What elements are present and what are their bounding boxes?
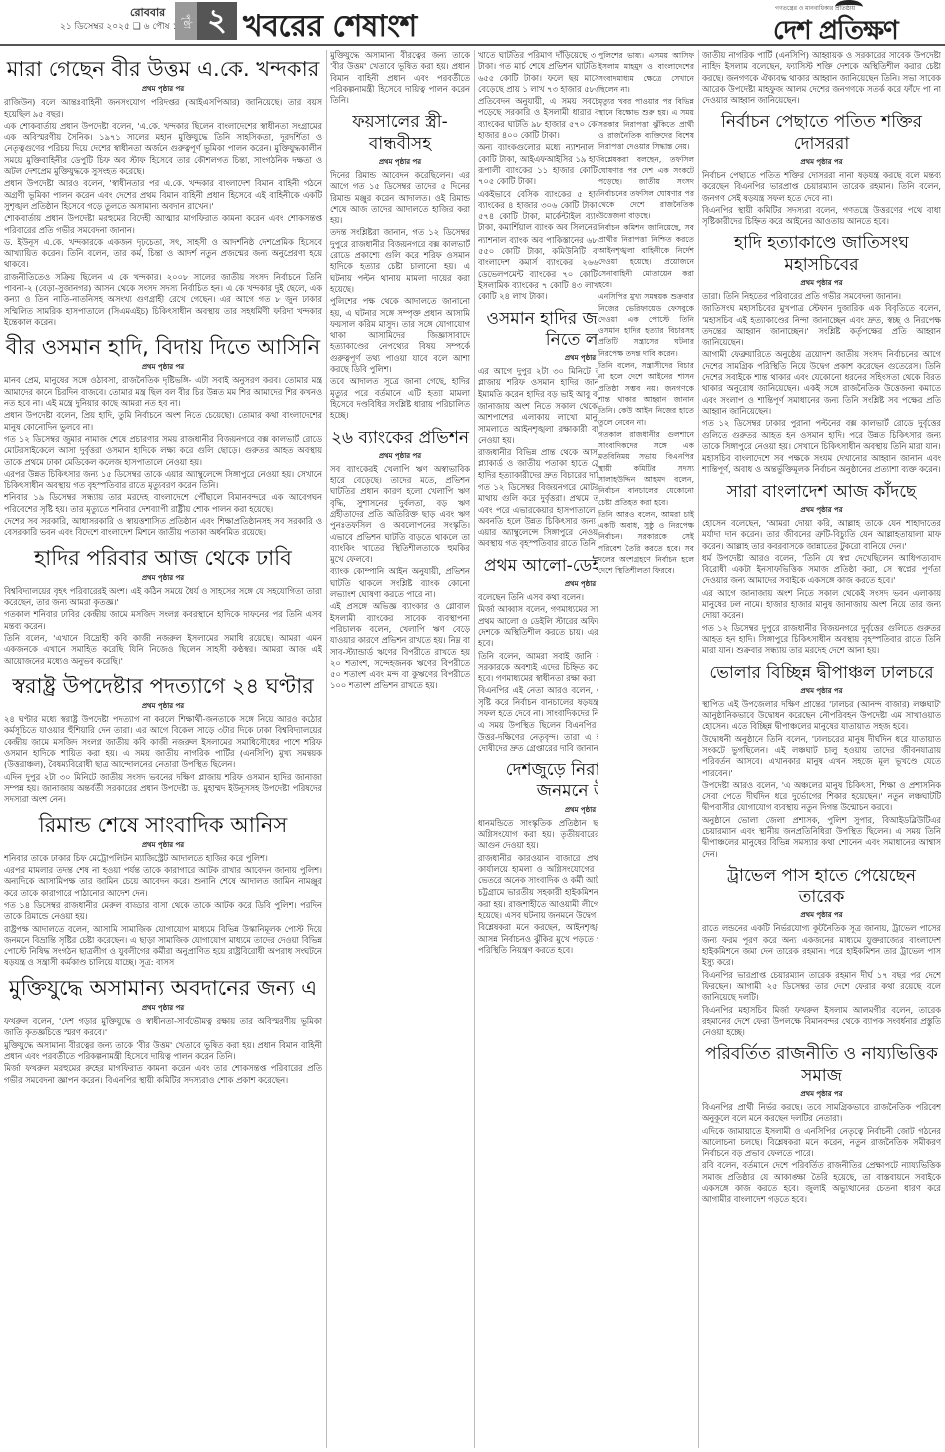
page-label: পৃষ্ঠা <box>175 2 197 40</box>
paragraph: শোকবার্তায় প্রধান উপদেষ্টা মরহুমের বিদে… <box>4 213 322 236</box>
paragraph: উদ্বোধনী অনুষ্ঠানে তিনি বলেন, 'ঢালচরের ম… <box>702 734 941 779</box>
masthead: রোববার ২১ ডিসেম্বর ২০২৫ ❑ ৬ পৌষ ১৪৩২ পৃষ… <box>0 0 945 45</box>
headline: ভোলার বিচ্ছিন্ন দ্বীপাঞ্চল ঢালচরে <box>702 663 941 684</box>
paragraph: দেশের সব সরকারি, আধাসরকারি ও স্বায়ত্তশা… <box>4 516 322 539</box>
jump-label: প্রথম পৃষ্ঠার পর <box>4 572 322 584</box>
paragraph: দিনের রিমান্ড আবেদন করেছিলেন। এর আগে গত … <box>330 170 470 226</box>
paragraph: তারা। তিনি নিহতের পরিবারের প্রতি গভীর সম… <box>702 291 941 302</box>
jump-label: প্রথম পৃষ্ঠার পর <box>330 156 470 168</box>
article-banks-provision: ২৬ ব্যাংকের প্রভিশন প্রথম পৃষ্ঠার পর সব … <box>330 428 470 692</box>
paragraph: মানব প্রেম, মানুষের সঙ্গে ওঠাবসা, রাজনৈত… <box>4 375 322 409</box>
headline: ২৬ ব্যাংকের প্রভিশন <box>330 428 470 449</box>
paragraph: এক শোকবার্তায় প্রধান উপদেষ্টা বলেন, 'এ.… <box>4 121 322 177</box>
paragraph: এরপর উন্নত চিকিৎসার জন্য ১৫ ডিসেম্বর তাক… <box>4 469 322 492</box>
paragraph: মহাসচিব বাংলাদেশে সব পক্ষকে সংযম দেখানোর… <box>702 453 941 476</box>
paragraph: ব্যাংক কোম্পানি আইন অনুযায়ী, প্রভিশন ঘা… <box>330 566 470 600</box>
jump-label: প্রথম পৃষ্ঠার পর <box>4 700 322 712</box>
paragraph: বিএনপির মহাসচিব মির্জা ফখরুল ইসলাম আলমগী… <box>702 1005 941 1039</box>
jump-label: প্রথম পৃষ্ঠার পর <box>702 277 941 289</box>
article-bhola-char: ভোলার বিচ্ছিন্ন দ্বীপাঞ্চল ঢালচরে প্রথম … <box>702 663 941 860</box>
paragraph: বিএনপির স্থায়ী কমিটির সদস্যরা বলেন, গণত… <box>702 205 941 228</box>
column-divider <box>474 50 475 1448</box>
paragraph: তিনি বলেন, 'এখানে বিদ্রোহী কবি কাজী নজরু… <box>4 633 322 667</box>
article-hadi-farewell: বীর ওসমান হাদি, বিদায় দিতে আসিনি প্রথম … <box>4 334 322 538</box>
jump-label: প্রথম পৃষ্ঠার পর <box>702 156 941 168</box>
article-journalist-anis: রিমান্ড শেষে সাংবাদিক আনিস প্রথম পৃষ্ঠার… <box>4 812 322 969</box>
paragraph: এর আগে জানাজায় অংশ নিতে সকাল থেকেই সংসদ… <box>702 588 941 622</box>
paragraph: রাষ্ট্রপক্ষ আদালতে বলেন, আসামি সামাজিক য… <box>4 924 322 969</box>
column-2: মুক্তিযুদ্ধে অসামান্য বীরত্বের জন্য তাকে… <box>330 50 470 1448</box>
headline: হাদি হত্যাকাণ্ডে জাতিসংঘ মহাসচিবের <box>702 233 941 276</box>
paragraph: শনিবার তাকে ঢাকার চিফ মেট্রোপলিটন ম্যাজি… <box>4 853 322 864</box>
jump-label: প্রথম পৃষ্ঠার পর <box>330 450 470 462</box>
column-4: পুলিশের ভাষ্য। এসময় আসিফ ইসলাম মাহমুদ ও… <box>598 50 694 1448</box>
paragraph: নির্বাচন পেছাতে পতিত শক্তির দোসররা নানা … <box>702 170 941 204</box>
column-1: মারা গেছেন বীর উত্তম এ.কে. খন্দকার প্রথম… <box>4 50 322 1448</box>
headline: হাদির পরিবার আজ থেকে ঢাবি <box>4 545 322 571</box>
article-un-chief: হাদি হত্যাকাণ্ডে জাতিসংঘ মহাসচিবের প্রথম… <box>702 233 941 475</box>
paragraph: বিশ্লেষকরা বলছেন, তফসিল ঘোষণার পর দেশ এক… <box>598 154 694 222</box>
paragraph: রবি বলেন, বর্তমানে দেশে পরিবর্তিত রাজনীত… <box>702 1160 941 1205</box>
paragraph: পুলিশের ভাষ্য। এসময় আসিফ ইসলাম মাহমুদ ও… <box>598 50 694 95</box>
column-5: জাতীয় নাগরিক পার্টি (এনসিপি) আহ্বায়ক ও… <box>702 50 941 1448</box>
paragraph: এদিন দুপুর ২টা ৩০ মিনিটে জাতীয় সংসদ ভবন… <box>4 772 322 806</box>
masthead-rule <box>0 44 945 46</box>
jump-label: প্রথম পৃষ্ঠার পর <box>4 1002 322 1014</box>
paragraph: রাতে লন্ডনের একটি নির্ভরযোগ্য কূটনৈতিক স… <box>702 923 941 968</box>
article-khandaker: মারা গেছেন বীর উত্তম এ.কে. খন্দকার প্রথম… <box>4 56 322 328</box>
paragraph: রাজনীতিতেও সক্রিয় ছিলেন এ কে খন্দকার। ২… <box>4 272 322 328</box>
article-home-adviser: স্বরাষ্ট্র উপদেষ্টার পদত্যাগে ২৪ ঘণ্টার … <box>4 673 322 806</box>
headline: স্বরাষ্ট্র উপদেষ্টার পদত্যাগে ২৪ ঘণ্টার <box>4 673 322 699</box>
jump-label: প্রথম পৃষ্ঠার পর <box>4 361 322 373</box>
paragraph: জাতিসংঘ মহাসচিবের মুখপাত্র স্টেফান দুজার… <box>702 303 941 348</box>
jump-label: প্রথম পৃষ্ঠার পর <box>702 1088 941 1100</box>
paragraph: রাজিউন) বলে আন্তঃবাহিনী জনসংযোগ পরিদপ্তর… <box>4 97 322 120</box>
paragraph: বিশ্ববিদ্যালয়ের বৃহৎ পরিবারেরই অংশ। এই … <box>4 586 322 609</box>
paragraph: ড. ইউনূস এ.কে. খন্দকারকে একজন দৃঢ়চেতা, … <box>4 237 322 271</box>
article-hadi-family: হাদির পরিবার আজ থেকে ঢাবি প্রথম পৃষ্ঠার … <box>4 545 322 667</box>
paragraph: তিনি আরও বলেন, আমরা চাই একটি অবাধ, সুষ্ঠ… <box>598 509 694 577</box>
paragraph: ফখরুল বলেন, 'দেশ গড়ার মুক্তিযুদ্ধে ও স্… <box>4 1016 322 1039</box>
paragraph: গত ১২ ডিসেম্বর দুপুরে রাজধানীর বিজয়নগরে… <box>702 623 941 657</box>
paragraph: হোসেন বলেছেন, 'আমরা দোয়া করি, আল্লাহ তা… <box>702 518 941 552</box>
paragraph: পুলিশের পক্ষ থেকে আদালতে জানানো হয়, এ ঘ… <box>330 296 470 375</box>
page-number: ২ <box>197 2 237 40</box>
jump-label: প্রথম পৃষ্ঠার পর <box>4 839 322 851</box>
paragraph: বিএনপির ভারপ্রাপ্ত চেয়ারম্যান তারেক রহম… <box>702 970 941 1004</box>
column-divider <box>698 50 699 1448</box>
newspaper-logo: দেশ প্রতিক্ষণ <box>773 10 898 54</box>
paragraph: ২৪ ঘণ্টার মধ্যে স্বরাষ্ট্র উপদেষ্টা পদত্… <box>4 714 322 770</box>
article-changed-politics: পরিবর্তিত রাজনীতি ও নায্যভিত্তিক সমাজ প্… <box>702 1044 941 1205</box>
paragraph: প্রধান উপদেষ্টা বলেন, প্রিয় হাদি, তুমি … <box>4 410 322 433</box>
column-divider <box>326 50 327 1448</box>
paragraph: গত ১২ ডিসেম্বর জুমার নামাজ শেষে প্রচারণা… <box>4 434 322 468</box>
headline: সারা বাংলাদেশ আজ কাঁদছে <box>702 482 941 503</box>
paragraph: অনুষ্ঠানে ভোলা জেলা প্রশাসক, পুলিশ সুপার… <box>702 815 941 860</box>
paragraph: আগামী ফেব্রুয়ারিতে অনুষ্ঠেয় ত্রয়োদশ জ… <box>702 349 941 417</box>
paragraph: তিনি বলেন, সন্ত্রাসীদের বিচার না হলে দেশ… <box>598 360 694 428</box>
paragraph: গতকাল রাজধানীর গুলশানে সাংবাদিকদের সঙ্গে… <box>598 429 694 508</box>
headline: মারা গেছেন বীর উত্তম এ.কে. খন্দকার <box>4 56 322 82</box>
headline: ফয়সালের স্ত্রী-বান্ধবীসহ <box>330 112 470 155</box>
paragraph: এরপর মামলার তদন্ত শেষ না হওয়া পর্যন্ত ত… <box>4 865 322 899</box>
jump-label: প্রথম পৃষ্ঠার পর <box>702 685 941 697</box>
paragraph: মির্জা ফখরুল মরহুমের রুহের মাগফিরাত কামন… <box>4 1063 322 1086</box>
paragraph: এদিকে জামায়াতে ইসলামী ও এনসিপির নেতৃত্ব… <box>702 1126 941 1160</box>
article-liberation-war: মুক্তিযুদ্ধে অসামান্য অবদানের জন্য এ প্র… <box>4 975 322 1086</box>
paragraph: এনসিপির মুখ্য সমন্বয়ক শুক্রবার নিজের ভে… <box>598 291 694 359</box>
paragraph: গত ১৪ ডিসেম্বর রাজধানীর মেরুল বাড্ডার বা… <box>4 900 322 923</box>
paragraph: বিএনপির প্রার্থী নির্ভর করছে। তবে সামগ্র… <box>702 1102 941 1125</box>
jump-label: প্রথম পৃষ্ঠার পর <box>4 83 322 95</box>
paragraph: তদন্ত সংশ্লিষ্টরা জানান, গত ১২ ডিসেম্বর … <box>330 227 470 295</box>
paragraph: মুক্তিযুদ্ধে অসামান্য বীরত্বের জন্য তাকে… <box>4 1040 322 1063</box>
paragraph: তবে আদালত সূত্রে জানা গেছে, হাদির মৃত্যু… <box>330 376 470 421</box>
jump-label: প্রথম পৃষ্ঠার পর <box>702 909 941 921</box>
headline: পরিবর্তিত রাজনীতি ও নায্যভিত্তিক সমাজ <box>702 1044 941 1087</box>
paragraph: মৃত্যুর খবর পাওয়ার পর বিভিন্ন স্থানে বি… <box>598 96 694 152</box>
paragraph: উপদেষ্টা আরও বলেন, 'এ অঞ্চলের মানুষ চিকি… <box>702 780 941 814</box>
article-country-weeps: সারা বাংলাদেশ আজ কাঁদছে প্রথম পৃষ্ঠার পর… <box>702 482 941 657</box>
paragraph: প্রধান উপদেষ্টা আরও বলেন, 'স্বাধীনতার পর… <box>4 178 322 212</box>
paragraph: মুক্তিযুদ্ধে অসামান্য বীরত্বের জন্য তাকে… <box>330 50 470 106</box>
paragraph: ধর্ম উপদেষ্টা আরও বলেন, 'তিনি যে স্বপ্ন … <box>702 553 941 587</box>
headline: নির্বাচন পেছাতে পতিত শক্তির দোসররা <box>702 112 941 155</box>
paragraph: স্থাপিত এই উপজেলার দক্ষিণ প্রান্তের 'ঢাল… <box>702 699 941 733</box>
paragraph: এই প্রসঙ্গে অভিজ্ঞ ব্যাংকার ও গ্লোবাল ইস… <box>330 601 470 691</box>
article-travel-pass: ট্রাভেল পাস হাতে পেয়েছেন তারেক প্রথম পৃ… <box>702 866 941 1038</box>
headline: বীর ওসমান হাদি, বিদায় দিতে আসিনি <box>4 334 322 360</box>
headline: ট্রাভেল পাস হাতে পেয়েছেন তারেক <box>702 866 941 909</box>
paragraph: নির্বাচন কমিশন জানিয়েছে, সব প্রার্থীর ন… <box>598 222 694 290</box>
jump-label: প্রথম পৃষ্ঠার পর <box>702 504 941 516</box>
paragraph: গতকাল শনিবার ঢাবির কেন্দ্রীয় জামে মসজিদ… <box>4 609 322 632</box>
headline: রিমান্ড শেষে সাংবাদিক আনিস <box>4 812 322 838</box>
paragraph: গত ১২ ডিসেম্বর ঢাকার পুরানা পল্টনের বক্স… <box>702 418 941 452</box>
paragraph: শনিবার ১৯ ডিসেম্বর সন্ধ্যায় তার মরদেহ ব… <box>4 492 322 515</box>
article-fallen-forces: নির্বাচন পেছাতে পতিত শক্তির দোসররা প্রথম… <box>702 112 941 227</box>
article-wife-relatives: ফয়সালের স্ত্রী-বান্ধবীসহ প্রথম পৃষ্ঠার … <box>330 112 470 421</box>
headline: মুক্তিযুদ্ধে অসামান্য অবদানের জন্য এ <box>4 975 322 1001</box>
paragraph: জাতীয় নাগরিক পার্টি (এনসিপি) আহ্বায়ক ও… <box>702 50 941 106</box>
paragraph: সব ব্যাংকেরই খেলাপি ঋণ অস্বাভাবিক হারে ব… <box>330 464 470 566</box>
